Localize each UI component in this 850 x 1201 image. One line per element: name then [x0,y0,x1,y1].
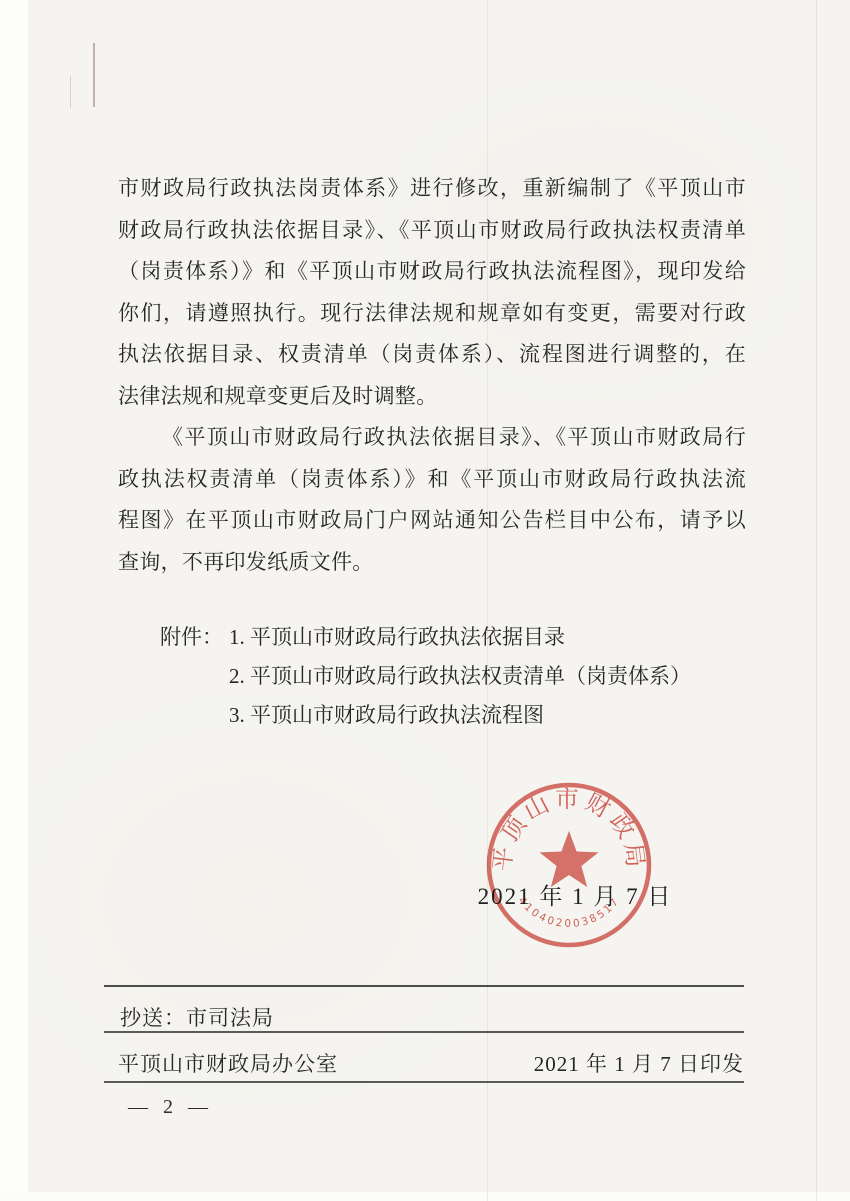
attachment-item: 2. 平顶山市财政局行政执法权责清单（岗责体系） [229,657,691,696]
footer-divider-middle [104,1031,744,1033]
scan-crease [816,0,817,1201]
body-line: （岗责体系）》和《平顶山市财政局行政执法流程图》，现印发给 [118,251,746,293]
seal-serial-text: 4104020038517 [516,895,623,930]
attachments-block: 附件： 1. 平顶山市财政局行政执法依据目录 2. 平顶山市财政局行政执法权责清… [160,618,691,735]
attachment-item: 3. 平顶山市财政局行政执法流程图 [229,696,691,735]
body-line: 程图》在平顶山市财政局门户网站通知公告栏目中公布，请予以 [118,500,746,542]
scan-edge-bottom [0,1192,850,1201]
scan-artifact-mark [93,43,95,107]
official-seal-stamp: 平顶山市财政局 4104020038517 [474,770,664,960]
body-line: 财政局行政执法依据目录》、《平顶山市财政局行政执法权责清单 [118,210,746,252]
footer-divider-bottom [104,1081,744,1083]
cc-line: 抄送：市司法局 [120,1002,274,1032]
attachments-label: 附件： [160,618,223,735]
body-line: 查询，不再印发纸质文件。 [118,542,746,584]
body-line: 政执法权责清单（岗责体系）》和《平顶山市财政局行政执法流 [118,459,746,501]
scan-edge-left [0,0,28,1201]
attachment-item: 1. 平顶山市财政局行政执法依据目录 [229,618,691,657]
document-body: 市财政局行政执法岗责体系》进行修改，重新编制了《平顶山市 财政局行政执法依据目录… [118,168,746,583]
footer-divider-top [104,985,744,987]
scanned-document-page: 市财政局行政执法岗责体系》进行修改，重新编制了《平顶山市 财政局行政执法依据目录… [0,0,850,1201]
body-line: 法律法规和规章变更后及时调整。 [118,376,746,418]
body-line: 《平顶山市财政局行政执法依据目录》、《平顶山市财政局行 [118,417,746,459]
seal-star-icon [540,831,599,887]
issuer-line: 平顶山市财政局办公室 2021 年 1 月 7 日印发 [118,1048,744,1078]
issuer-office: 平顶山市财政局办公室 [118,1048,338,1078]
scan-artifact-mark [70,76,71,108]
body-line: 你们，请遵照执行。现行法律法规和规章如有变更，需要对行政 [118,293,746,335]
attachments-list: 1. 平顶山市财政局行政执法依据目录 2. 平顶山市财政局行政执法权责清单（岗责… [229,618,691,735]
page-number: — 2 — [128,1096,213,1119]
body-line: 市财政局行政执法岗责体系》进行修改，重新编制了《平顶山市 [118,168,746,210]
body-line: 执法依据目录、权责清单（岗责体系）、流程图进行调整的，在 [118,334,746,376]
print-date: 2021 年 1 月 7 日印发 [534,1048,744,1078]
